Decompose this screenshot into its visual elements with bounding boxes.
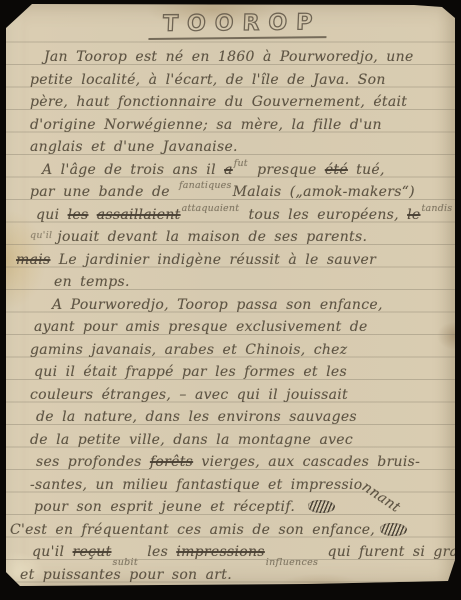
text-segment-strike: reçut (73, 544, 112, 560)
text-segment-plain: tous les européens, (240, 207, 407, 223)
manuscript-line: qui il était frappé par les formes et le… (34, 361, 447, 384)
manuscript-line: qu'iljouait devant la maison de ses pare… (30, 226, 447, 249)
manuscript-line: ayant pour amis presque exclusivement de (34, 316, 447, 339)
text-segment-above: fut (234, 159, 248, 169)
text-segment-plain: C'est en fréquentant ces amis de son enf… (10, 522, 375, 538)
text-segment-plain: qu'il (32, 544, 73, 560)
manuscript-line: de la nature, dans les environs sauvages (36, 406, 447, 429)
manuscript-line: anglais et d'une Javanaise. (30, 136, 447, 159)
text-segment-plain: de la petite ville, dans la montagne ave… (30, 432, 353, 448)
manuscript-lines: Jan Toorop est né en 1860 à Pourworedjo,… (30, 46, 447, 586)
text-segment-below: subit (113, 558, 138, 568)
title-wrap: TOOROP (30, 11, 447, 44)
manuscript-line: en temps. (54, 271, 447, 294)
manuscript-line: de la petite ville, dans la montagne ave… (30, 429, 447, 452)
text-segment-plain: ses profondes (36, 454, 150, 470)
manuscript-paper: TOOROP Jan Toorop est né en 1860 à Pourw… (6, 4, 455, 586)
manuscript-title: TOOROP (149, 10, 328, 40)
manuscript-line: petite localité, à l'écart, de l'île de … (30, 69, 447, 92)
text-segment-strike: les (68, 207, 89, 223)
manuscript-content: TOOROP Jan Toorop est né en 1860 à Pourw… (6, 4, 455, 586)
manuscript-line: gamins javanais, arabes et Chinois, chez (30, 339, 447, 362)
text-segment-plain: qui (36, 207, 68, 223)
text-segment-plain: qui furent si grandes (319, 544, 461, 560)
text-segment-above: attaquaient (182, 204, 240, 214)
text-segment-plain: pour son esprit jeune et réceptif. (34, 499, 303, 515)
manuscript-line: Jan Toorop est né en 1860 à Pourworedjo,… (44, 46, 447, 69)
manuscript-line: A Pourworedjo, Toorop passa son enfance, (52, 294, 447, 317)
manuscript-line: par une bande de fanatiquesMalais („amok… (30, 181, 447, 204)
manuscript-line: -santes, un milieu fantastique et impres… (30, 474, 447, 497)
manuscript-line: C'est en fréquentant ces amis de son enf… (10, 519, 447, 542)
text-segment-plain: anglais et d'une Javanaise. (30, 139, 238, 155)
text-segment-plain: Malais („amok-makers“) (233, 184, 415, 200)
scribble-mark (308, 500, 335, 513)
text-segment-plain: couleurs étranges, – avec qui il jouissa… (30, 387, 348, 403)
text-segment-below: influences (266, 558, 318, 568)
manuscript-line: père, haut fonctionnaire du Gouvernement… (30, 91, 447, 114)
text-segment-above: fanatiques (179, 181, 232, 191)
manuscript-line: d'origine Norwégienne; sa mère, la fille… (30, 114, 447, 137)
manuscript-line: couleurs étranges, – avec qui il jouissa… (30, 384, 447, 407)
text-segment-plain: A l'âge de trois ans il (42, 162, 224, 178)
text-segment-plain: ayant pour amis presque exclusivement de (34, 319, 368, 335)
text-segment-strike: a (224, 162, 233, 178)
text-segment-strike: été (325, 162, 348, 178)
text-segment-plain: de la nature, dans les environs sauvages (36, 409, 357, 425)
text-segment-plain: en temps. (54, 274, 130, 290)
photo-backdrop: TOOROP Jan Toorop est né en 1860 à Pourw… (0, 0, 461, 600)
text-segment-plain: qui il était frappé par les formes et le… (34, 364, 347, 380)
text-segment-strike: forêts (150, 454, 193, 470)
text-segment-plain: gamins javanais, arabes et Chinois, chez (30, 342, 347, 358)
text-segment-plain: vierges, aux cascades bruis- (193, 454, 420, 470)
text-segment-strike: le (407, 207, 420, 223)
text-segment-strike: mais (16, 252, 50, 268)
text-segment-plain: par une bande de (30, 184, 178, 200)
text-segment-strike: impressions (176, 544, 264, 560)
text-segment-above: tandis (422, 204, 453, 214)
text-segment-plain: presque (249, 162, 325, 178)
text-segment-plain: tué, (348, 162, 385, 178)
text-segment-plain: Le jardinier indigène réussit à le sauve… (50, 252, 376, 268)
text-segment-plain: père, haut fonctionnaire du Gouvernement… (30, 94, 407, 110)
manuscript-line: ses profondes forêts vierges, aux cascad… (36, 451, 447, 474)
text-segment-plain: petite localité, à l'écart, de l'île de … (30, 72, 386, 88)
scribble-mark (380, 523, 407, 536)
text-segment-plain: A Pourworedjo, Toorop passa son enfance, (52, 297, 383, 313)
text-segment-plain: -santes, un milieu fantastique et impres… (30, 477, 362, 493)
text-segment-plain: les (139, 544, 176, 560)
text-segment-margin: qu'il (30, 225, 52, 248)
text-segment-plain: jouait devant la maison de ses parents. (57, 229, 367, 245)
text-segment-plain (88, 207, 96, 223)
manuscript-line: mais Le jardinier indigène réussit à le … (16, 249, 447, 272)
manuscript-line: A l'âge de trois ans il afut presque été… (42, 159, 447, 182)
text-segment-plain: d'origine Norwégienne; sa mère, la fille… (30, 117, 382, 133)
text-segment-plain: Jan Toorop est né en 1860 à Pourworedjo,… (44, 49, 414, 65)
text-segment-strike: assaillaient (97, 207, 181, 223)
manuscript-line: qui les assaillaientattaquaient tous les… (36, 204, 447, 227)
manuscript-line: et puissantes pour son art. (20, 564, 447, 587)
text-segment-plain: et puissantes pour son art. (20, 567, 232, 583)
manuscript-line: qu'il reçutsubit les impressionsinfluenc… (32, 541, 447, 564)
